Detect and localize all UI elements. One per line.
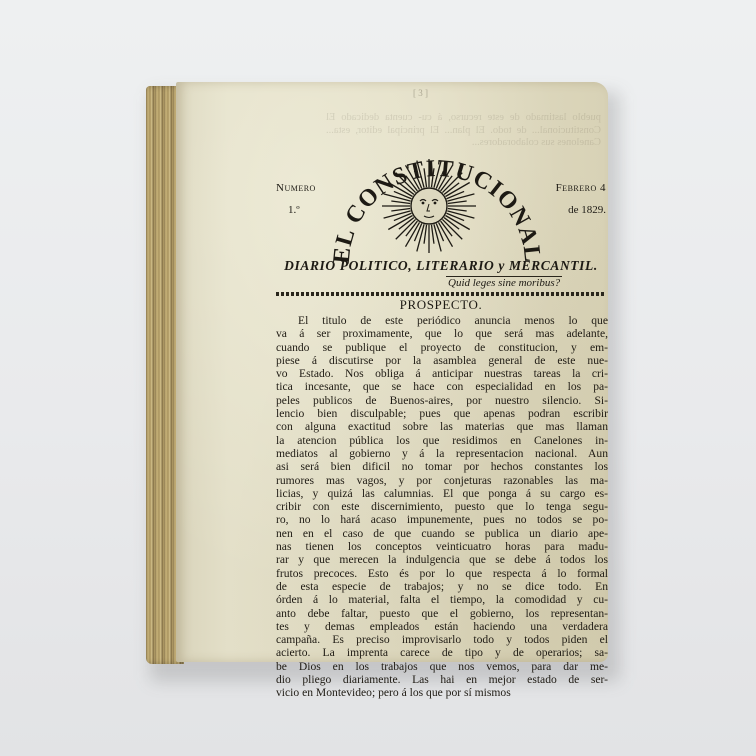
latin-motto: Quid leges sine moribus? bbox=[446, 276, 562, 289]
body-line: tica incesante, que se hace con especial… bbox=[276, 380, 608, 393]
body-line: de esta especie de trabajos; y no se dic… bbox=[276, 580, 608, 593]
body-line: rar y que merecen la indulgencia que se … bbox=[276, 553, 608, 566]
prospecto-body: El titulo de este periódico anuncia meno… bbox=[276, 314, 608, 700]
body-line: con alguna exactitud sobre las materias … bbox=[276, 420, 608, 433]
body-line: frutos precoces. Esto és por lo que resp… bbox=[276, 567, 608, 580]
bound-newspaper-volume: [ 3 ] pueblo lastimado de este recurso, … bbox=[146, 82, 608, 664]
body-line: ro, no lo hará acaso impunemente, pues n… bbox=[276, 513, 608, 526]
body-line: órden á lo material, falta el tiempo, la… bbox=[276, 593, 608, 606]
body-line: licias, y quizá las calumnias. El que po… bbox=[276, 487, 608, 500]
section-heading: PROSPECTO. bbox=[276, 297, 606, 313]
body-line: nen en el caso de que cuando se publica … bbox=[276, 527, 608, 540]
newspaper-subtitle: DIARIO POLITICO, LITERARIO y MERCANTIL. bbox=[276, 258, 606, 274]
body-line: nas tienen los conceptos veinticuatro ho… bbox=[276, 540, 608, 553]
body-line: El titulo de este periódico anuncia meno… bbox=[276, 314, 608, 327]
body-line: asi será bien dificil no tomar por hecho… bbox=[276, 460, 608, 473]
body-line: va á ser proximamente, que lo que será m… bbox=[276, 327, 608, 340]
body-line: piese á discutirse por la asamblea gener… bbox=[276, 354, 608, 367]
date-year: de 1829. bbox=[568, 204, 606, 216]
body-line: anto debe faltar, puesto que el gobierno… bbox=[276, 607, 608, 620]
sun-emblem-icon bbox=[379, 156, 479, 256]
newspaper-page: [ 3 ] pueblo lastimado de este recurso, … bbox=[176, 82, 608, 662]
body-line: tes y demas empleados están haciendo una… bbox=[276, 620, 608, 633]
body-line: vo Estado. Nos obliga á anticipar nuestr… bbox=[276, 367, 608, 380]
issue-label: Numero bbox=[276, 182, 316, 194]
body-line: vicio en Montevideo; pero á los que por … bbox=[276, 686, 608, 699]
date-label: Febrero 4 bbox=[556, 182, 606, 194]
body-line: acierto. La imprenta carece de tipo y de… bbox=[276, 646, 608, 659]
body-line: campaña. Es preciso improvisarlo todo y … bbox=[276, 633, 608, 646]
bleed-page-number: [ 3 ] bbox=[413, 88, 428, 98]
body-line: rumores mas vagos, y por conjeturas razo… bbox=[276, 474, 608, 487]
masthead: EL CONSTITUCIONAL. Numero 1.º Febrero 4 … bbox=[276, 126, 606, 276]
ornamental-rule bbox=[276, 292, 606, 296]
body-line: lencio bien disculpable; pues que apenas… bbox=[276, 407, 608, 420]
body-line: cuando se publique el proyecto de consti… bbox=[276, 341, 608, 354]
body-line: la atencion pública los que residimos en… bbox=[276, 434, 608, 447]
body-line: mediatos al gobierno y á la representaci… bbox=[276, 447, 608, 460]
body-line: be Dios en los trabajos que nos vemos, p… bbox=[276, 660, 608, 673]
body-line: peles publicos de Buenos-aires, por nues… bbox=[276, 394, 608, 407]
body-line: dio pliego diariamente. Las hai en mejor… bbox=[276, 673, 608, 686]
issue-number: 1.º bbox=[288, 204, 300, 216]
body-line: cribir con este discernimiento, puesto q… bbox=[276, 500, 608, 513]
